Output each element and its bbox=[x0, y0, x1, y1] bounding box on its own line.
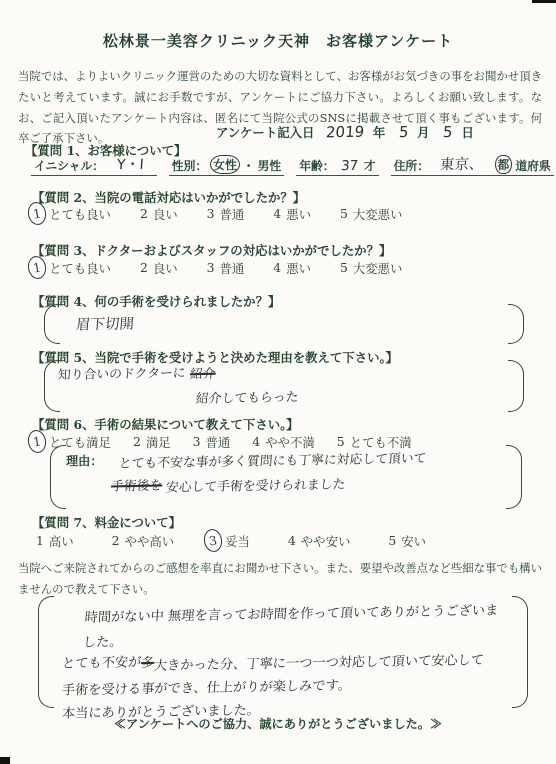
q7-option-4: 4やや安い bbox=[288, 532, 350, 550]
date-year-handwritten: 2019 bbox=[325, 123, 365, 142]
initial-value-handwritten: Y・I bbox=[106, 154, 154, 175]
gender-male: 男性 bbox=[258, 157, 282, 174]
q4-answer-box: 眉下切開 bbox=[44, 304, 524, 344]
q6-reason-content: とても不安な事が多く質問にも丁寧に対応して頂いて 手術後を 安心して手術を受けら… bbox=[111, 449, 502, 505]
age-value-handwritten: 37 bbox=[337, 158, 361, 174]
q3-option-5-label: 大変悪い bbox=[353, 259, 403, 277]
q3-option-4: 4悪い bbox=[273, 259, 311, 277]
q2-option-4-label: 悪い bbox=[286, 205, 311, 223]
comment-text-1: 時間がない中 無理を言ってお時間を作って頂いてありがとうございました。 bbox=[82, 599, 508, 655]
q7-option-3-circle: 3 bbox=[202, 528, 224, 554]
scan-artifact-bottom-left bbox=[0, 757, 10, 764]
q5-answer-box: 知り合いのドクターに 紹介 紹介してもらった bbox=[44, 360, 524, 412]
q6-reason-box: 理由： とても不安な事が多く質問にも丁寧に対応して頂いて 手術後を 安心して手術… bbox=[50, 445, 522, 509]
q7-option-4-label: やや安い bbox=[301, 532, 351, 550]
q2-option-1-circle: 1 bbox=[26, 201, 48, 227]
q2-option-5-num: 5 bbox=[340, 206, 348, 221]
q2-option-3: 3普通 bbox=[207, 205, 245, 223]
q7-option-5-num: 5 bbox=[388, 533, 396, 548]
date-day-unit: 日 bbox=[461, 125, 473, 140]
q5-answer-struck-text: 紹介 bbox=[189, 363, 216, 386]
gender-label: 性別： bbox=[172, 157, 207, 174]
q6-reason-text-1: とても不安な事が多く質問にも丁寧に対応して頂いて bbox=[118, 447, 427, 475]
q7-options-row: 1高い 2やや高い 3妥当 4やや安い 5安い bbox=[36, 529, 464, 552]
initial-field: イニシャル： Y・I bbox=[31, 154, 157, 176]
q7-option-4-num: 4 bbox=[288, 533, 296, 548]
q2-option-3-num: 3 bbox=[207, 206, 215, 221]
q3-option-4-num: 4 bbox=[273, 260, 281, 275]
age-label: 年齢： bbox=[299, 157, 334, 174]
comment-line-1: 時間がない中 無理を言ってお時間を作って頂いてありがとうございました。 bbox=[84, 603, 506, 652]
scan-artifact-top-right bbox=[532, 0, 556, 3]
q6-option-1-circle: 1 bbox=[26, 429, 48, 455]
age-unit: 才 bbox=[364, 157, 376, 174]
q6-reason-line-1: とても不安な事が多く質問にも丁寧に対応して頂いて bbox=[119, 450, 502, 473]
q2-option-5: 5大変悪い bbox=[340, 205, 402, 223]
address-value-handwritten: 東京、 bbox=[431, 152, 492, 174]
q7-option-1-num: 1 bbox=[36, 533, 44, 548]
date-label: アンケート記入日 bbox=[216, 125, 314, 140]
gender-female-circled: 女性 bbox=[210, 155, 240, 174]
q2-option-3-label: 普通 bbox=[220, 205, 245, 223]
q7-option-5: 5安い bbox=[388, 532, 426, 550]
q2-option-1-label: とても良い bbox=[49, 205, 111, 223]
date-day-handwritten: 5 bbox=[442, 123, 453, 141]
q3-option-1-selected: 1とても良い bbox=[36, 256, 111, 279]
scanned-survey-page: 松林景一美容クリニック天神 お客様アンケート 当院では、よりよいクリニック運営の… bbox=[0, 0, 556, 764]
page-title: 松林景一美容クリニック天神 お客様アンケート bbox=[0, 30, 556, 51]
q3-option-2: 2良い bbox=[140, 259, 178, 277]
comment-text-2-pre: とても不安が bbox=[61, 651, 142, 677]
q1-fields-row: イニシャル： Y・I 性別： 女性 ・ 男性 年齢： 37 才 住所： 東京、 … bbox=[31, 153, 551, 176]
q7-option-2-label: やや高い bbox=[125, 532, 175, 550]
q3-option-4-label: 悪い bbox=[286, 259, 311, 277]
address-label: 住所： bbox=[394, 157, 429, 174]
q7-option-3-selected: 3妥当 bbox=[212, 529, 250, 552]
q5-answer-text-2: 紹介してもらった bbox=[195, 386, 299, 411]
comments-box: 時間がない中 無理を言ってお時間を作って頂いてありがとうございました。 とても不… bbox=[38, 596, 528, 708]
q3-option-5: 5大変悪い bbox=[340, 259, 402, 277]
q2-option-5-label: 大変悪い bbox=[353, 205, 403, 223]
q2-option-2-num: 2 bbox=[140, 206, 148, 221]
q6-reason-line-2: 手術後を 安心して手術を受けられました bbox=[111, 475, 502, 498]
q4-answer-handwritten: 眉下切開 bbox=[75, 312, 135, 334]
q5-answer-line-2: 紹介してもらった bbox=[196, 387, 524, 410]
q2-options-row: 1とても良い 2良い 3普通 4悪い 5大変悪い bbox=[36, 202, 431, 225]
gender-field: 性別： 女性 ・ 男性 bbox=[169, 155, 284, 176]
address-prefecture-rest: 道府県 bbox=[515, 157, 550, 174]
survey-date-row: アンケート記入日 2019年 5月 5日 bbox=[216, 123, 476, 141]
q2-option-4: 4悪い bbox=[273, 205, 311, 223]
address-field: 住所： 東京、 都 道府県 bbox=[391, 153, 554, 176]
q2-option-2-label: 良い bbox=[153, 205, 178, 223]
q3-option-1-label: とても良い bbox=[49, 259, 111, 277]
q2-option-1-selected: 1とても良い bbox=[36, 202, 111, 225]
q3-option-5-num: 5 bbox=[340, 260, 348, 275]
q3-option-1-circle: 1 bbox=[26, 255, 48, 281]
q6-reason-struck-text: 手術後を bbox=[110, 475, 163, 499]
q7-option-1-label: 高い bbox=[49, 532, 74, 550]
q3-options-row: 1とても良い 2良い 3普通 4悪い 5大変悪い bbox=[36, 256, 431, 279]
q6-reason-label: 理由： bbox=[66, 452, 103, 505]
q2-option-4-num: 4 bbox=[273, 206, 281, 221]
q5-answer-line-1: 知り合いのドクターに 紹介 bbox=[58, 363, 524, 386]
q7-option-2-num: 2 bbox=[112, 533, 120, 548]
gender-separator: ・ bbox=[243, 157, 255, 174]
q2-option-2: 2良い bbox=[140, 205, 178, 223]
q3-option-3: 3普通 bbox=[207, 259, 245, 277]
q3-option-3-num: 3 bbox=[207, 260, 215, 275]
age-field: 年齢： 37 才 bbox=[296, 157, 378, 176]
q6-reason-text-2: 安心して手術を受けられました bbox=[165, 473, 346, 499]
comment-line-3: 手術を受ける事ができ、仕上がりが楽しみです。 bbox=[62, 677, 506, 702]
q7-option-5-label: 安い bbox=[401, 532, 426, 550]
initial-label: イニシャル： bbox=[34, 157, 104, 174]
q3-option-2-num: 2 bbox=[140, 260, 148, 275]
address-prefecture-circled: 都 bbox=[495, 155, 513, 174]
date-month-handwritten: 5 bbox=[398, 123, 409, 141]
q7-option-2: 2やや高い bbox=[112, 532, 174, 550]
date-year-unit: 年 bbox=[373, 125, 385, 140]
comment-line-2: とても不安が多大きかった分、丁寧に一つ一つ対応して頂いて安心して bbox=[62, 652, 506, 677]
comments-prompt: 当院へご来院されてからのご感想を率直にお聞かせ下さい。また、要望や改善点など些細… bbox=[18, 558, 542, 600]
q3-option-3-label: 普通 bbox=[220, 259, 245, 277]
q7-option-1: 1高い bbox=[36, 532, 74, 550]
q5-answer-text: 知り合いのドクターに bbox=[57, 362, 186, 387]
q7-option-3-label: 妥当 bbox=[225, 532, 250, 550]
q3-option-2-label: 良い bbox=[153, 259, 178, 277]
comment-text-3: 手術を受ける事ができ、仕上がりが楽しみです。 bbox=[61, 674, 352, 704]
date-month-unit: 月 bbox=[417, 125, 429, 140]
footer-thanks: ≪アンケートへのご協力、誠にありがとうございました。≫ bbox=[0, 715, 556, 732]
